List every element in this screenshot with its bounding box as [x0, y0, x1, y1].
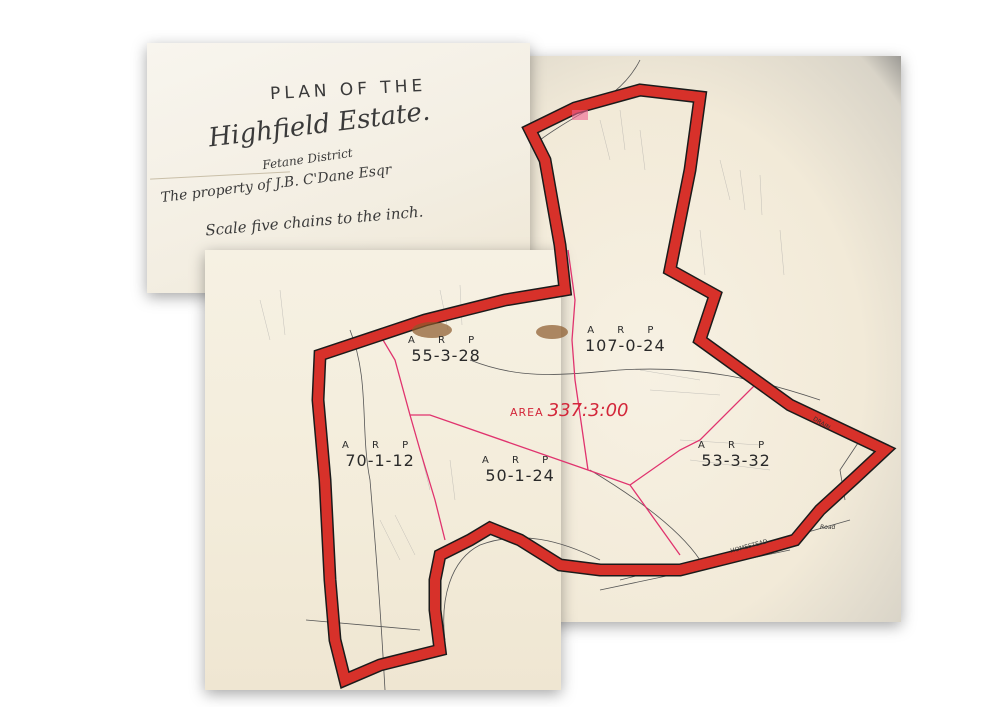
road-annotation: Road [820, 524, 835, 531]
lot-53-label: A R P 53-3-32 [698, 440, 774, 470]
total-area-label: AREA337:3:00 [510, 400, 629, 421]
lot-55-label: A R P 55-3-28 [408, 335, 484, 365]
lot-70-label: A R P 70-1-12 [342, 440, 418, 470]
lot-50-label: A R P 50-1-24 [482, 455, 558, 485]
lot-107-label: A R P 107-0-24 [585, 325, 666, 355]
map-sheet-right [515, 56, 901, 622]
